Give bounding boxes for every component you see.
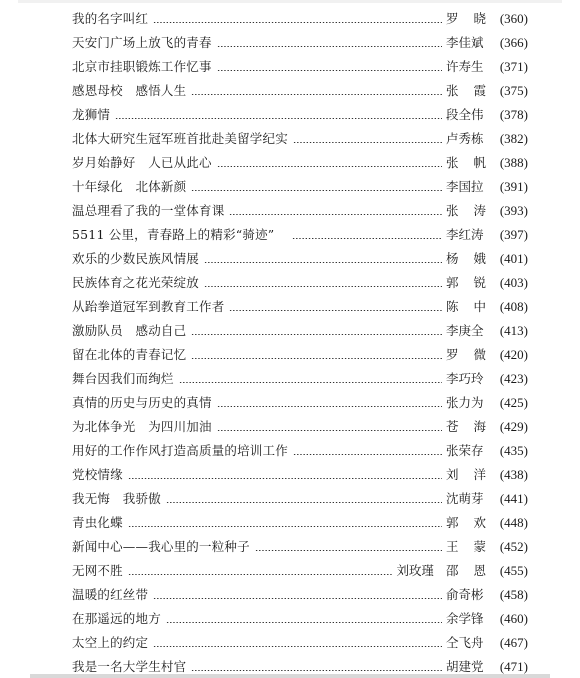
toc-entry-title: 天安门广场上放飞的青春 <box>72 31 215 55</box>
toc-entry-title: 激励队员 感动自己 <box>72 319 189 343</box>
toc-entry[interactable]: 无网不胜刘玫瑾邵恩(455) <box>72 559 528 583</box>
toc-entry[interactable]: 太空上的约定仝飞舟(467) <box>72 631 528 655</box>
toc-entry-title: 北体大研究生冠军班首批赴美留学纪实 <box>72 127 291 151</box>
toc-entry[interactable]: 感恩母校 感悟人生张霞(375) <box>72 79 528 103</box>
toc-entry-author: 王蒙 <box>446 535 486 559</box>
author-name-char: 罗 <box>446 7 459 31</box>
toc-entry-page-number: (391) <box>486 175 528 199</box>
toc-entry-page-number: (375) <box>486 79 528 103</box>
author-name-char: 涛 <box>473 199 486 223</box>
toc-entry-page-number: (388) <box>486 151 528 175</box>
author-name-char: 张 <box>446 199 459 223</box>
dot-leader <box>293 142 442 143</box>
dot-leader <box>204 286 442 287</box>
toc-entry-author: 段全伟 <box>446 103 486 127</box>
dot-leader <box>115 118 442 119</box>
author-name-char: 欢 <box>473 511 486 535</box>
toc-entry[interactable]: 5511 公里，青春路上的精彩“骑迹” 李红涛(397) <box>72 223 528 247</box>
dot-leader <box>191 94 442 95</box>
toc-entry-title: 欢乐的少数民族风情展 <box>72 247 202 271</box>
toc-entry-author: 许寿生 <box>446 55 486 79</box>
author-name-char: 洋 <box>473 463 486 487</box>
toc-entry-page-number: (429) <box>486 415 528 439</box>
author-name-char: 苍 <box>446 415 459 439</box>
toc-entry[interactable]: 我无悔 我骄傲沈萌芽(441) <box>72 487 528 511</box>
toc-entry[interactable]: 北体大研究生冠军班首批赴美留学纪实卢秀栋(382) <box>72 127 528 151</box>
toc-entry[interactable]: 在那遥远的地方余学锋(460) <box>72 607 528 631</box>
toc-entry-author: 郭锐 <box>446 271 486 295</box>
dot-leader <box>217 46 442 47</box>
toc-entry-page-number: (452) <box>486 535 528 559</box>
toc-entry-author: 李巧玲 <box>446 367 486 391</box>
toc-entry-title: 青虫化蝶 <box>72 511 126 535</box>
dot-leader <box>179 382 442 383</box>
toc-entry-author: 余学锋 <box>446 607 486 631</box>
toc-entry[interactable]: 真情的历史与历史的真情张力为(425) <box>72 391 528 415</box>
dot-leader <box>292 238 442 239</box>
toc-entry[interactable]: 留在北体的青春记忆罗微(420) <box>72 343 528 367</box>
author-name-char: 晓 <box>473 7 486 31</box>
toc-entry-title: 北京市挂职锻炼工作忆事 <box>72 55 215 79</box>
toc-entry-page-number: (397) <box>486 223 528 247</box>
author-name-char: 海 <box>473 415 486 439</box>
author-name-char: 杨 <box>446 247 459 271</box>
toc-entry[interactable]: 天安门广场上放飞的青春李佳斌(366) <box>72 31 528 55</box>
dot-leader <box>229 310 442 311</box>
toc-entry-title: 感恩母校 感悟人生 <box>72 79 189 103</box>
toc-entry-page-number: (423) <box>486 367 528 391</box>
toc-entry[interactable]: 舞台因我们而绚烂李巧玲(423) <box>72 367 528 391</box>
toc-entry-page-number: (413) <box>486 319 528 343</box>
dot-leader <box>128 574 393 575</box>
author-name-char: 陈 <box>446 295 459 319</box>
toc-entry-page-number: (371) <box>486 55 528 79</box>
toc-entry-title: 在那遥远的地方 <box>72 607 164 631</box>
toc-entry-page-number: (460) <box>486 607 528 631</box>
toc-entry[interactable]: 党校情缘刘洋(438) <box>72 463 528 487</box>
toc-entry-page-number: (408) <box>486 295 528 319</box>
dot-leader <box>217 70 442 71</box>
author-name-char: 刘 <box>446 463 459 487</box>
toc-entry-title: 温总理看了我的一堂体育课 <box>72 199 227 223</box>
dot-leader <box>191 670 442 671</box>
author-name-char: 郭 <box>446 511 459 535</box>
toc-entry-author: 李红涛 <box>446 223 486 247</box>
author-name-char: 罗 <box>446 343 459 367</box>
toc-entry-page-number: (360) <box>486 7 528 31</box>
toc-entry-title: 我无悔 我骄傲 <box>72 487 164 511</box>
toc-entry-author: 刘洋 <box>446 463 486 487</box>
toc-entry-author: 罗微 <box>446 343 486 367</box>
toc-entry[interactable]: 我的名字叫红罗晓(360) <box>72 7 528 31</box>
toc-entry-page-number: (448) <box>486 511 528 535</box>
toc-entry-author: 张帆 <box>446 151 486 175</box>
dot-leader <box>217 430 442 431</box>
dot-leader <box>153 598 442 599</box>
toc-entry-author: 仝飞舟 <box>446 631 486 655</box>
author-name-char: 蒙 <box>473 535 486 559</box>
dot-leader <box>166 502 442 503</box>
author-name-char: 锐 <box>473 271 486 295</box>
author-name-char: 娥 <box>473 247 486 271</box>
toc-entry-author: 邵恩 <box>446 559 486 583</box>
toc-entry-page-number: (425) <box>486 391 528 415</box>
toc-entry[interactable]: 北京市挂职锻炼工作忆事许寿生(371) <box>72 55 528 79</box>
toc-entry-page-number: (435) <box>486 439 528 463</box>
dot-leader <box>255 550 442 551</box>
toc-entry-page-number: (420) <box>486 343 528 367</box>
toc-entry-title: 温暖的红丝带 <box>72 583 151 607</box>
toc-entry-title: 留在北体的青春记忆 <box>72 343 189 367</box>
toc-entry[interactable]: 激励队员 感动自己李庚全(413) <box>72 319 528 343</box>
dot-leader <box>229 214 442 215</box>
toc-entry-author: 李庚全 <box>446 319 486 343</box>
dot-leader <box>204 262 442 263</box>
toc-entry-page-number: (401) <box>486 247 528 271</box>
toc-entry-author: 张荣存 <box>446 439 486 463</box>
dot-leader <box>128 526 442 527</box>
toc-entry-title: 为北体争光 为四川加油 <box>72 415 215 439</box>
toc-entry-title: 真情的历史与历史的真情 <box>72 391 215 415</box>
author-name-char: 霞 <box>473 79 486 103</box>
toc-entry-author: 卢秀栋 <box>446 127 486 151</box>
toc-entry[interactable]: 岁月始静好 人已从此心张帆(388) <box>72 151 528 175</box>
dot-leader <box>293 454 442 455</box>
toc-entry[interactable]: 十年绿化 北体新颜李国拉(391) <box>72 175 528 199</box>
dot-leader <box>128 478 442 479</box>
dot-leader <box>153 646 442 647</box>
toc-entry[interactable]: 民族体育之花光荣绽放郭锐(403) <box>72 271 528 295</box>
toc-entry-page-number: (441) <box>486 487 528 511</box>
toc-entry-author: 李佳斌 <box>446 31 486 55</box>
toc-entry-title: 龙狮情 <box>72 103 113 127</box>
page-top-edge <box>18 0 562 3</box>
author-name-char: 王 <box>446 535 459 559</box>
toc-entry[interactable]: 龙狮情段全伟(378) <box>72 103 528 127</box>
toc-entry-page-number: (393) <box>486 199 528 223</box>
toc-entry-title: 太空上的约定 <box>72 631 151 655</box>
toc-entry[interactable]: 用好的工作作风打造高质量的培训工作张荣存(435) <box>72 439 528 463</box>
toc-entry-title: 从跆拳道冠军到教育工作者 <box>72 295 227 319</box>
author-name-char: 恩 <box>473 559 486 583</box>
table-of-contents: 我的名字叫红罗晓(360)天安门广场上放飞的青春李佳斌(366)北京市挂职锻炼工… <box>72 7 528 678</box>
toc-entry-title: 5511 公里，青春路上的精彩“骑迹” <box>72 223 290 247</box>
author-name-char: 微 <box>473 343 486 367</box>
toc-entry-title: 十年绿化 北体新颜 <box>72 175 189 199</box>
author-name-char: 张 <box>446 79 459 103</box>
toc-entry[interactable]: 从跆拳道冠军到教育工作者陈中(408) <box>72 295 528 319</box>
dot-leader <box>153 22 442 23</box>
dot-leader <box>217 406 442 407</box>
dot-leader <box>166 622 442 623</box>
toc-entry-page-number: (403) <box>486 271 528 295</box>
author-name-char: 张 <box>446 151 459 175</box>
page-bottom-edge <box>30 674 550 678</box>
dot-leader <box>191 358 442 359</box>
toc-entry-title: 党校情缘 <box>72 463 126 487</box>
toc-entry-author: 苍海 <box>446 415 486 439</box>
toc-entry-author: 陈中 <box>446 295 486 319</box>
toc-entry-title: 舞台因我们而绚烂 <box>72 367 177 391</box>
toc-entry[interactable]: 温总理看了我的一堂体育课张涛(393) <box>72 199 528 223</box>
toc-entry-author: 杨娥 <box>446 247 486 271</box>
toc-entry-page-number: (455) <box>486 559 528 583</box>
author-name-char: 中 <box>473 295 486 319</box>
dot-leader <box>191 190 442 191</box>
toc-entry-title: 无网不胜 <box>72 559 126 583</box>
toc-entry-page-number: (378) <box>486 103 528 127</box>
toc-entry-author: 张霞 <box>446 79 486 103</box>
dot-leader <box>191 334 442 335</box>
toc-entry-author: 张涛 <box>446 199 486 223</box>
toc-entry-title: 岁月始静好 人已从此心 <box>72 151 215 175</box>
toc-entry-page-number: (458) <box>486 583 528 607</box>
toc-entry-author: 沈萌芽 <box>446 487 486 511</box>
toc-entry[interactable]: 温暖的红丝带俞奇彬(458) <box>72 583 528 607</box>
toc-entry[interactable]: 青虫化蝶郭欢(448) <box>72 511 528 535</box>
author-name-char: 帆 <box>473 151 486 175</box>
toc-entry-author: 张力为 <box>446 391 486 415</box>
toc-entry-coauthor: 刘玫瑾 <box>396 559 446 583</box>
author-name-char: 邵 <box>446 559 459 583</box>
toc-entry-author: 郭欢 <box>446 511 486 535</box>
toc-entry-title: 我的名字叫红 <box>72 7 151 31</box>
toc-entry-author: 罗晓 <box>446 7 486 31</box>
toc-entry-author: 俞奇彬 <box>446 583 486 607</box>
toc-entry-title: 用好的工作作风打造高质量的培训工作 <box>72 439 291 463</box>
toc-entry-author: 李国拉 <box>446 175 486 199</box>
toc-entry[interactable]: 新闻中心——我心里的一粒种子王蒙(452) <box>72 535 528 559</box>
toc-entry-page-number: (438) <box>486 463 528 487</box>
toc-entry-page-number: (467) <box>486 631 528 655</box>
toc-entry-title: 民族体育之花光荣绽放 <box>72 271 202 295</box>
toc-entry[interactable]: 为北体争光 为四川加油苍海(429) <box>72 415 528 439</box>
toc-entry-page-number: (366) <box>486 31 528 55</box>
toc-entry-page-number: (382) <box>486 127 528 151</box>
toc-entry-title: 新闻中心——我心里的一粒种子 <box>72 535 253 559</box>
dot-leader <box>217 166 442 167</box>
toc-entry[interactable]: 欢乐的少数民族风情展杨娥(401) <box>72 247 528 271</box>
author-name-char: 郭 <box>446 271 459 295</box>
